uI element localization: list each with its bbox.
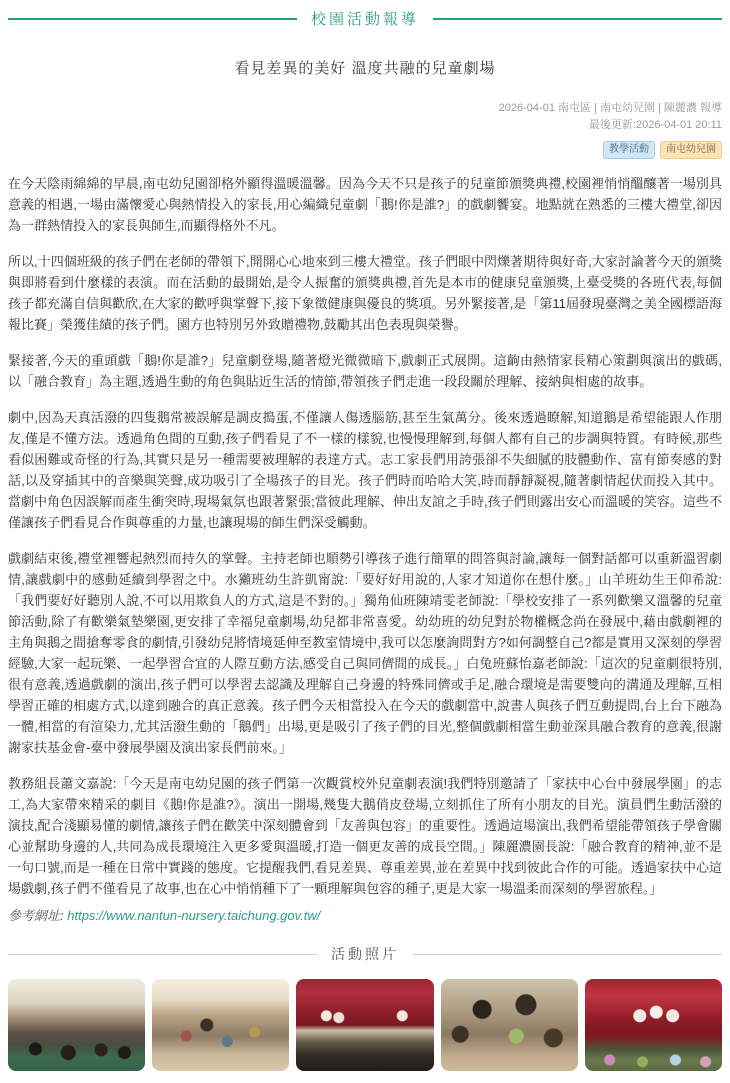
photos-rule-left [8,954,317,955]
report-section-title: 校園活動報導 [311,8,419,29]
article-body: 在今天陰雨綿綿的早晨,南屯幼兒園卻格外顯得溫暖溫馨。因為今天不只是孩子的兒童節頒… [8,173,722,899]
photo-gallery [8,979,722,1071]
activity-photo-1[interactable] [8,979,145,1071]
photos-section-title: 活動照片 [331,944,399,964]
activity-photo-3[interactable] [296,979,433,1071]
reference-row: 參考網址: https://www.nantun-nursery.taichun… [8,905,722,924]
activity-photo-5[interactable] [585,979,722,1071]
header-rule-right [433,18,722,20]
article-paragraph: 在今天陰雨綿綿的早晨,南屯幼兒園卻格外顯得溫暖溫馨。因為今天不只是孩子的兒童節頒… [8,173,722,236]
article-paragraph: 劇中,因為天真活潑的四隻鵝常被誤解是調皮搗蛋,不僅讓人傷透腦筋,甚至生氣萬分。後… [8,407,722,533]
article-title: 看見差異的美好 溫度共融的兒童劇場 [8,57,722,78]
header-rule-left [8,18,297,20]
report-section-header: 校園活動報導 [8,8,722,29]
photos-section-header: 活動照片 [8,944,722,964]
tag-teaching-activity[interactable]: 教學活動 [603,141,655,159]
activity-photo-2[interactable] [152,979,289,1071]
meta-last-updated: 最後更新:2026-04-01 20:11 [8,117,722,134]
activity-photo-4[interactable] [441,979,578,1071]
article-paragraph: 緊接著,今天的重頭戲「鵝!你是誰?」兒童劇登場,隨著燈光微微暗下,戲劇正式展開。… [8,350,722,392]
article-meta: 2026-04-01 南屯區 | 南屯幼兒園 | 陳麗濃 報導 最後更新:202… [8,100,722,134]
page: 校園活動報導 看見差異的美好 溫度共融的兒童劇場 2026-04-01 南屯區 … [0,0,730,1083]
tag-nantun-preschool[interactable]: 南屯幼兒園 [660,141,722,159]
article-paragraph: 戲劇結束後,禮堂裡響起熱烈而持久的掌聲。主持老師也順勢引導孩子進行簡單的問答與討… [8,548,722,758]
reference-label: 參考網址: [8,908,64,923]
tag-list: 教學活動 南屯幼兒園 [8,141,722,159]
meta-byline: 2026-04-01 南屯區 | 南屯幼兒園 | 陳麗濃 報導 [8,100,722,117]
article-paragraph: 所以,十四個班級的孩子們在老師的帶領下,開開心心地來到三樓大禮堂。孩子們眼中閃爍… [8,251,722,335]
article-paragraph: 教務組長蕭文嘉說:「今天是南屯幼兒園的孩子們第一次觀賞校外兒童劇表演!我們特別邀… [8,773,722,899]
photos-rule-right [413,954,722,955]
reference-link[interactable]: https://www.nantun-nursery.taichung.gov.… [67,908,320,923]
